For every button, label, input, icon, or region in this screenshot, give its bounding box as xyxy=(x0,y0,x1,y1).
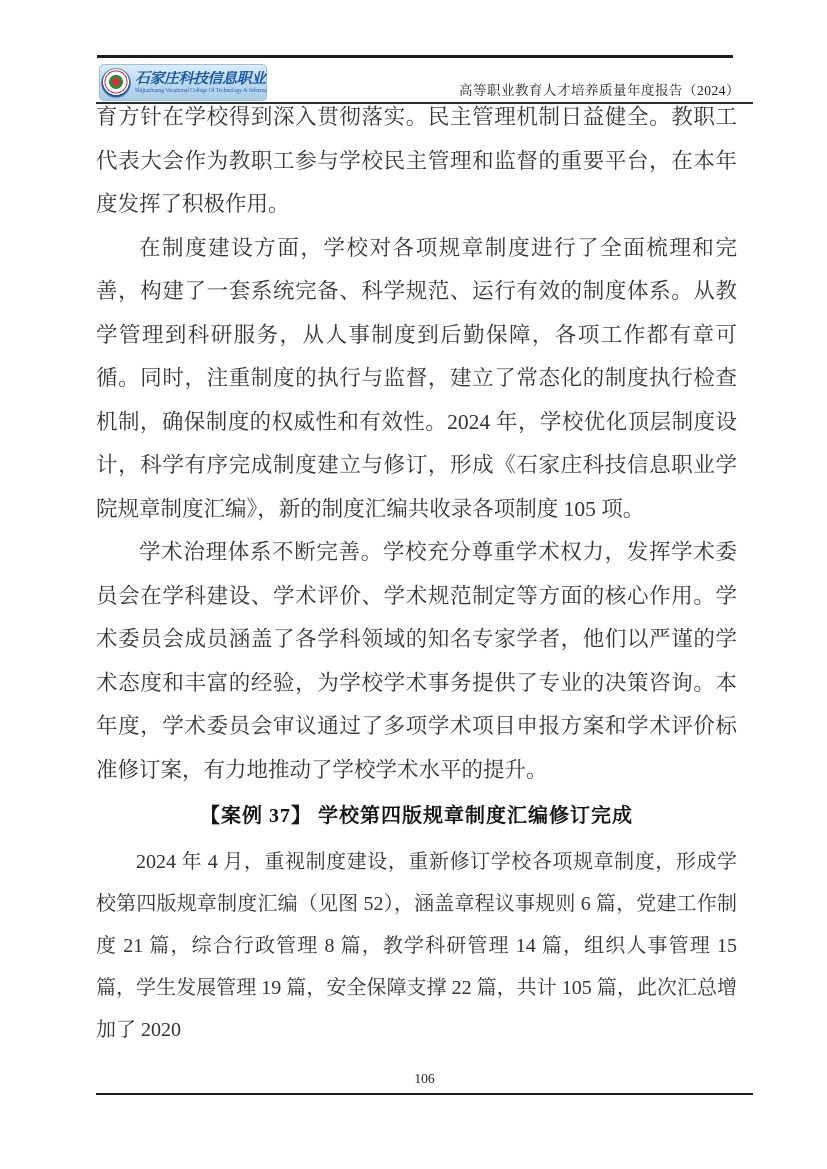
paragraph-academic-governance: 学术治理体系不断完善。学校充分尊重学术权力，发挥学术委员会在学科建设、学术评价、… xyxy=(96,531,737,792)
paragraph-system-building: 在制度建设方面，学校对各项规章制度进行了全面梳理和完善，构建了一套系统完备、科学… xyxy=(96,227,737,532)
document-page: 石家庄科技信息职业学院 Shijiazhuang Vocational Coll… xyxy=(0,0,827,1169)
case-37-heading: 【案例 37】 学校第四版规章制度汇编修订完成 xyxy=(96,794,737,838)
case-37-paragraph: 2024 年 4 月，重视制度建设，重新修订学校各项规章制度，形成学校第四版规章… xyxy=(96,841,737,1051)
college-name-english: Shijiazhuang Vocational College Of Techn… xyxy=(135,88,267,95)
page-body: 育方针在学校得到深入贯彻落实。民主管理机制日益健全。教职工代表大会作为教职工参与… xyxy=(96,96,737,1051)
page-number: 106 xyxy=(96,1071,753,1087)
paragraph-continued: 育方针在学校得到深入贯彻落实。民主管理机制日益健全。教职工代表大会作为教职工参与… xyxy=(96,96,737,227)
college-seal-icon xyxy=(101,68,131,98)
footer-rule xyxy=(96,1093,753,1095)
header-top-rule xyxy=(97,55,733,58)
college-name-chinese: 石家庄科技信息职业学院 xyxy=(135,71,267,88)
college-logo-text: 石家庄科技信息职业学院 Shijiazhuang Vocational Coll… xyxy=(135,71,267,95)
